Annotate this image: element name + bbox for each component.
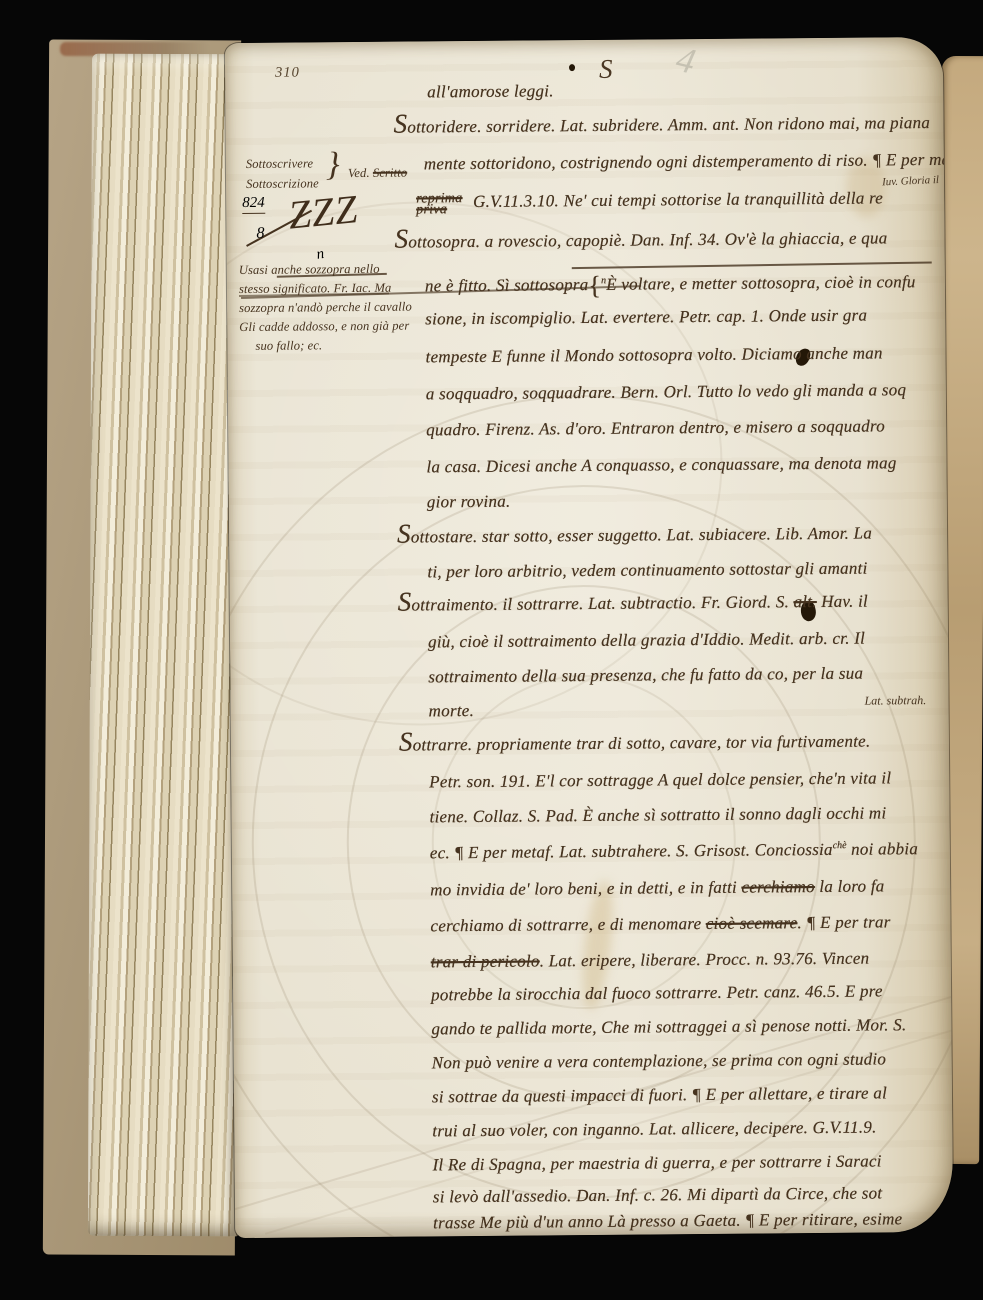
manuscript-line: mente sottoridono, costrignendo ogni dis… <box>424 150 950 175</box>
manuscript-line: la casa. Dicesi anche A conquasso, e con… <box>426 453 896 477</box>
manuscript-line: sottraimento della sua presenza, che fu … <box>428 664 863 688</box>
manuscript-photo: 310 S 4 Sottoscrivere Sottoscrizione } V… <box>0 0 983 1300</box>
manuscript-line: tempeste E funne il Mondo sottosopra vol… <box>425 343 882 367</box>
manuscript-line: all'amorose leggi. <box>427 81 554 102</box>
manuscript-line: Il Re di Spagna, per maestria di guerra,… <box>433 1151 882 1175</box>
manuscript-line: si sottrae da questi impacci di fuori. ¶… <box>432 1083 887 1107</box>
insertion-brace: { <box>588 271 601 300</box>
manuscript-line: trasse Me più d'un anno Là presso a Gaet… <box>433 1209 902 1233</box>
manuscript-line: Sottrarre. propriamente trar di sotto, c… <box>399 732 871 756</box>
manuscript-line: ec. ¶ E per metaf. Lat. subtrahere. S. G… <box>430 839 918 863</box>
manuscript-line: si levò dall'assedio. Dan. Inf. c. 26. M… <box>433 1183 883 1207</box>
manuscript-line: gando te pallida morte, Che mi sottragge… <box>431 1015 906 1039</box>
manuscript-line: morte. <box>429 701 475 721</box>
manuscript-line: Petr. son. 191. E'l cor sottragge A quel… <box>429 768 891 792</box>
manuscript-line: sione, in iscompiglio. Lat. evertere. Pe… <box>425 306 867 330</box>
manuscript-line: ne è fitto. Sì sottosopra{nÈ voltare, e … <box>425 268 916 302</box>
manuscript-line: trui al suo voler, con inganno. Lat. all… <box>432 1118 876 1142</box>
manuscript-line: potrebbe la sirocchia dal fuoco sottrarr… <box>431 981 883 1005</box>
manuscript-line: giù, cioè il sottraimento della grazia d… <box>428 629 865 653</box>
struck-stack: reprimapriva <box>416 193 463 215</box>
manuscript-line: trar di pericolo. Lat. eripere, liberare… <box>431 949 870 973</box>
manuscript-line: Non può venire a vera contemplazione, se… <box>432 1049 887 1073</box>
manuscript-line: cerchiamo di sottrarre, e di menomare ci… <box>430 912 890 936</box>
manuscript-line: Sottosopra. a rovescio, capopiè. Dan. In… <box>394 228 887 252</box>
page-edges-stack <box>88 54 242 1237</box>
manuscript-line: quadro. Firenz. As. d'oro. Entraron dent… <box>426 416 885 440</box>
manuscript-line: a soqquadro, soqquadrare. Bern. Orl. Tut… <box>426 380 907 404</box>
manuscript-line: Sottraimento. il sottrarre. Lat. subtrac… <box>398 592 868 616</box>
manuscript-line: ti, per loro arbitrio, vedem continuamen… <box>427 559 867 583</box>
manuscript-line: mo invidia de' loro beni, e in detti, e … <box>430 876 884 900</box>
manuscript-line: gior rovina. <box>427 492 511 513</box>
manuscript-line: Sottostare. star sotto, esser suggetto. … <box>397 524 872 548</box>
manuscript-line: reprimapriva G.V.11.3.10. Ne' cui tempi … <box>416 188 883 215</box>
manuscript-line: Sottoridere. sorridere. Lat. subridere. … <box>393 113 930 138</box>
manuscript-line: tiene. Collaz. S. Pad. È anche sì sottra… <box>429 803 886 827</box>
manuscript-page: 310 S 4 Sottoscrivere Sottoscrizione } V… <box>225 37 953 1238</box>
manuscript-text-block: all'amorose leggi. Sottoridere. sorrider… <box>225 37 953 1238</box>
